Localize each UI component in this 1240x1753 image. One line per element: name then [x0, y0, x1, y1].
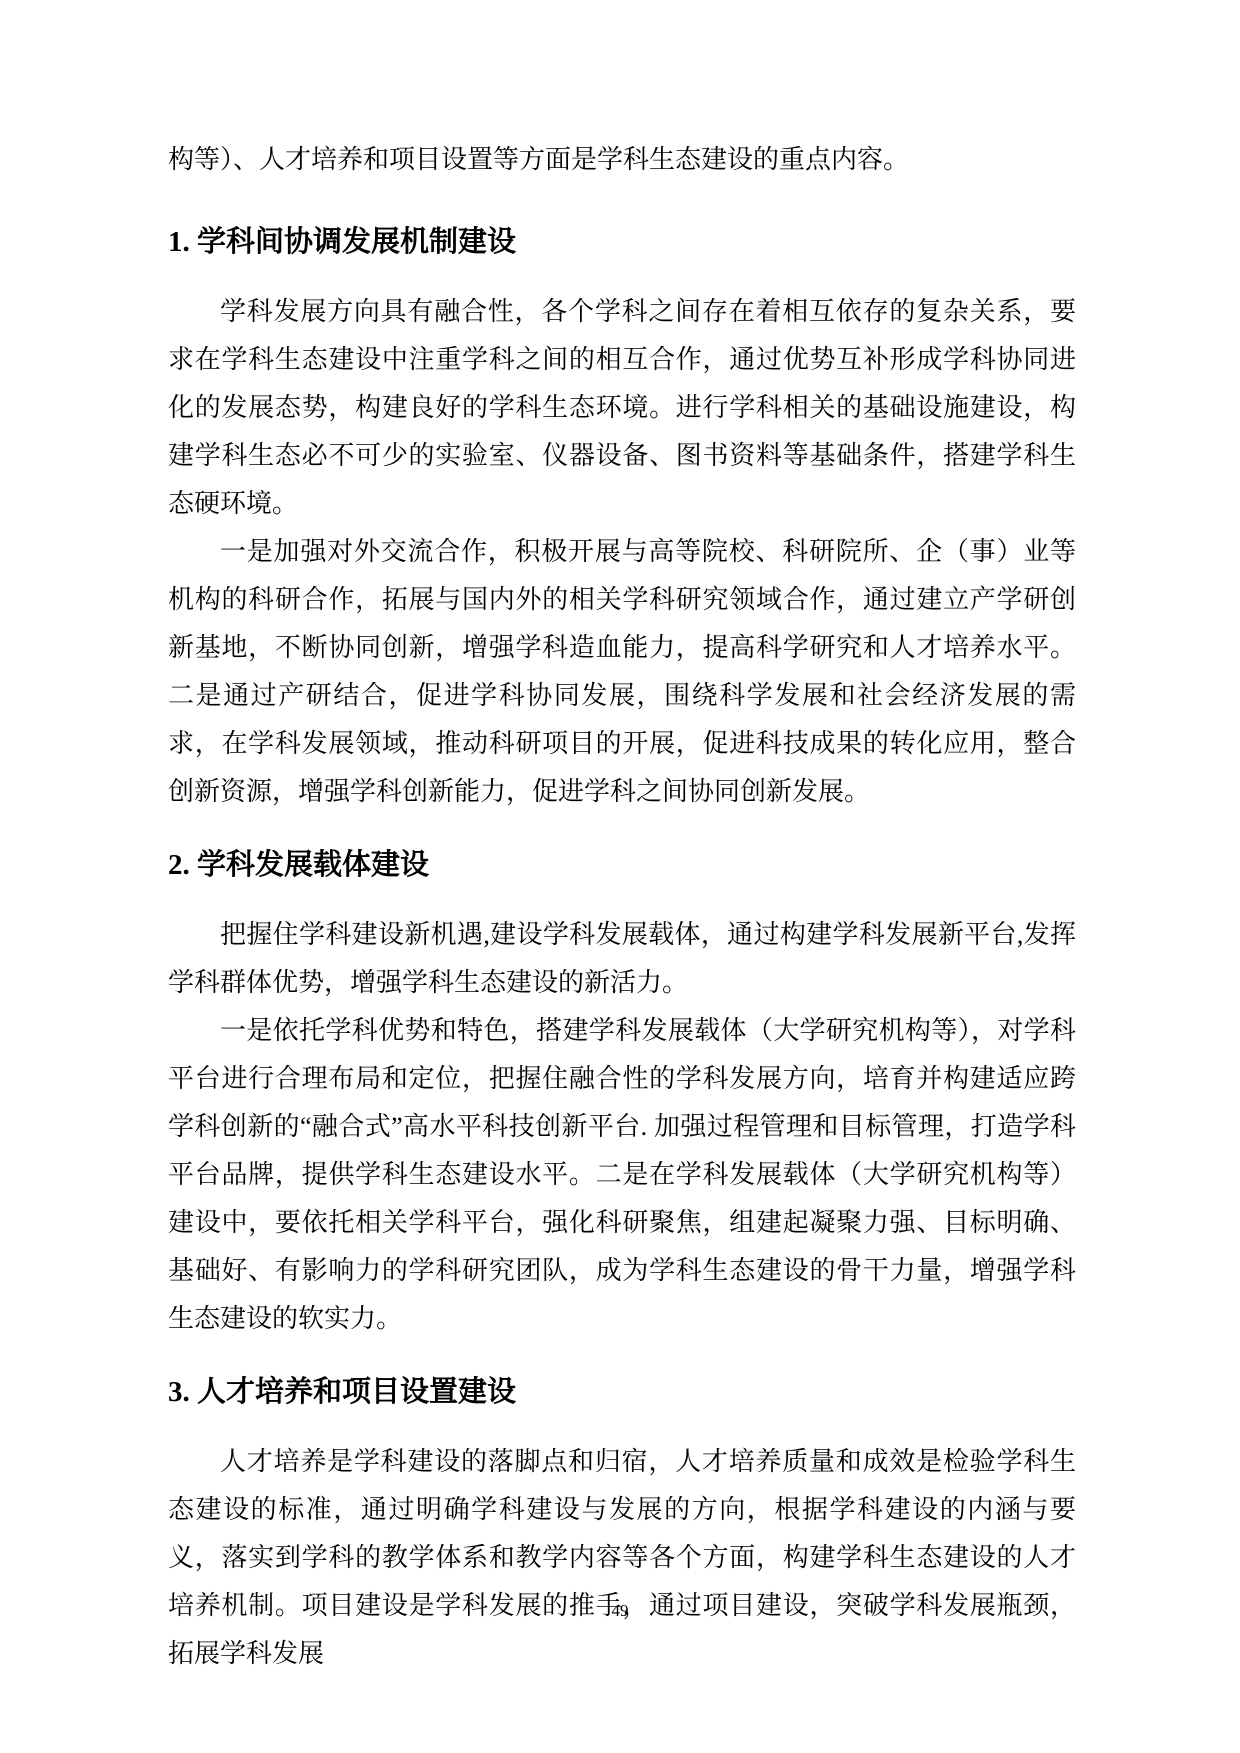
section-3-number: 3.	[168, 1376, 190, 1408]
section-1-number: 1.	[168, 226, 190, 258]
page-number: 49	[0, 1600, 1240, 1622]
section-3-heading: 3. 人才培养和项目设置建设	[168, 1368, 1076, 1416]
section-2-title: 学科发展载体建设	[197, 849, 429, 881]
continuation-paragraph: 构等）、人才培养和项目设置等方面是学科生态建设的重点内容。	[168, 136, 1076, 184]
section-3-paragraph-1: 人才培养是学科建设的落脚点和归宿，人才培养质量和成效是检验学科生态建设的标准，通…	[168, 1438, 1076, 1678]
document-page: 构等）、人才培养和项目设置等方面是学科生态建设的重点内容。 1. 学科间协调发展…	[0, 0, 1240, 1753]
section-2-heading: 2. 学科发展载体建设	[168, 841, 1076, 889]
section-1-paragraph-2: 一是加强对外交流合作，积极开展与高等院校、科研院所、企（事）业等机构的科研合作，…	[168, 528, 1076, 816]
section-1-title: 学科间协调发展机制建设	[197, 226, 516, 258]
section-1-heading: 1. 学科间协调发展机制建设	[168, 218, 1076, 266]
section-1-paragraph-1: 学科发展方向具有融合性，各个学科之间存在着相互依存的复杂关系，要求在学科生态建设…	[168, 288, 1076, 528]
section-2-paragraph-1: 把握住学科建设新机遇,建设学科发展载体，通过构建学科发展新平台,发挥学科群体优势…	[168, 911, 1076, 1007]
section-2-number: 2.	[168, 849, 190, 881]
section-3-title: 人才培养和项目设置建设	[197, 1376, 516, 1408]
section-2-paragraph-2: 一是依托学科优势和特色，搭建学科发展载体（大学研究机构等），对学科平台进行合理布…	[168, 1007, 1076, 1343]
